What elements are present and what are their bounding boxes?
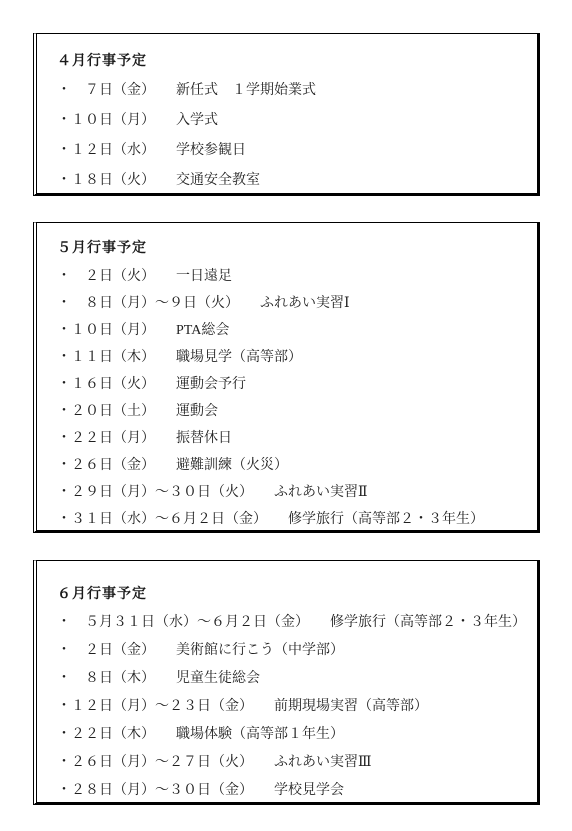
- schedule-item: ・２０日（土） 運動会: [57, 398, 531, 425]
- schedule-item: ・１０日（月） PTA総会: [57, 317, 531, 344]
- schedule-item: ・ ７日（金） 新任式 １学期始業式: [57, 76, 531, 106]
- section-title-may: ５月行事予定: [57, 235, 531, 259]
- schedule-item: ・２２日（木） 職場体験（高等部１年生）: [57, 721, 531, 749]
- schedule-item: ・１１日（木） 職場見学（高等部）: [57, 344, 531, 371]
- schedule-item: ・ ５月３１日（水）～６月２日（金） 修学旅行（高等部２・３年生）: [57, 609, 531, 637]
- section-title-june: ６月行事予定: [57, 581, 531, 605]
- schedule-item: ・１０日（月） 入学式: [57, 106, 531, 136]
- schedule-item: ・２６日（金） 避難訓練（火災）: [57, 452, 531, 479]
- schedule-item: ・１２日（水） 学校参観日: [57, 136, 531, 166]
- schedule-item: ・２９日（月）～３０日（火） ふれあい実習Ⅱ: [57, 479, 531, 506]
- schedule-item: ・１２日（月）～２３日（金） 前期現場実習（高等部）: [57, 693, 531, 721]
- schedule-box-april: ４月行事予定 ・ ７日（金） 新任式 １学期始業式 ・１０日（月） 入学式 ・１…: [33, 33, 540, 196]
- schedule-box-may: ５月行事予定 ・ ２日（火） 一日遠足 ・ ８日（月）～９日（火） ふれあい実習…: [33, 222, 540, 533]
- schedule-box-june: ６月行事予定 ・ ５月３１日（水）～６月２日（金） 修学旅行（高等部２・３年生）…: [33, 560, 540, 805]
- schedule-item: ・２２日（月） 振替休日: [57, 425, 531, 452]
- schedule-document-page: ４月行事予定 ・ ７日（金） 新任式 １学期始業式 ・１０日（月） 入学式 ・１…: [0, 0, 572, 831]
- schedule-item: ・１８日（火） 交通安全教室: [57, 166, 531, 196]
- schedule-item: ・２６日（月）～２７日（火） ふれあい実習Ⅲ: [57, 749, 531, 777]
- schedule-item: ・ ８日（木） 児童生徒総会: [57, 665, 531, 693]
- section-title-april: ４月行事予定: [57, 48, 531, 72]
- schedule-item: ・ ８日（月）～９日（火） ふれあい実習Ⅰ: [57, 290, 531, 317]
- schedule-item: ・１６日（火） 運動会予行: [57, 371, 531, 398]
- schedule-item: ・ ２日（金） 美術館に行こう（中学部）: [57, 637, 531, 665]
- schedule-item: ・ ２日（火） 一日遠足: [57, 263, 531, 290]
- schedule-item: ・３１日（水）～６月２日（金） 修学旅行（高等部２・３年生）: [57, 506, 531, 533]
- schedule-item: ・２８日（月）～３０日（金） 学校見学会: [57, 777, 531, 805]
